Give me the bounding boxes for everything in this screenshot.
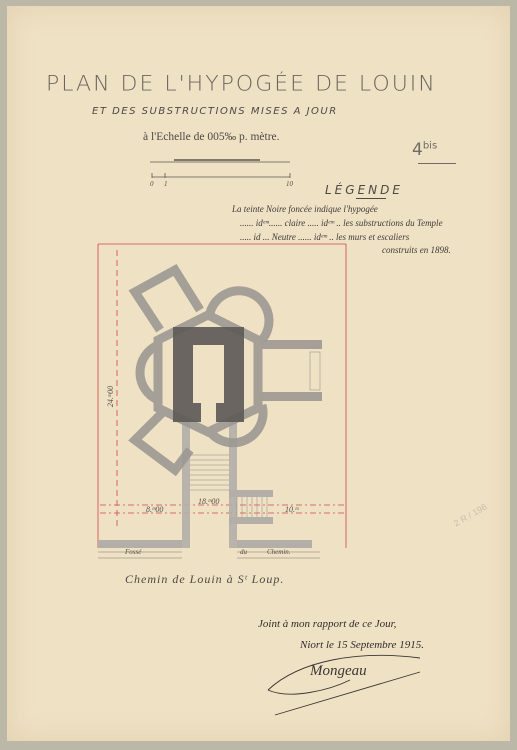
road-caption: Chemin de Louin à Sᵗ Loup. <box>125 572 284 587</box>
temple-substructions <box>135 270 269 470</box>
signature: Mongeau <box>310 663 367 680</box>
road-label-fosse: Fossé <box>125 548 141 556</box>
plan-drawing <box>0 0 517 750</box>
scale-label-0: 0 <box>150 180 154 188</box>
hypogee <box>173 327 244 422</box>
dimension-left: 8.ᵐ00 <box>146 505 163 514</box>
dimension-center: 18.ᵐ00 <box>198 497 219 506</box>
road-label-chemin: Chemin. <box>267 548 291 556</box>
scale-bar <box>152 173 290 178</box>
door-openings <box>310 352 320 390</box>
road-label-du: du <box>240 548 247 556</box>
scale-label-1: 1 <box>164 180 168 188</box>
dimension-right: 10.ᵐ <box>285 505 298 514</box>
stairs <box>190 455 267 517</box>
footer-line-2: Niort le 15 Septembre 1915. <box>300 639 424 651</box>
dimension-vertical: 24.ᵐ00 <box>106 386 115 407</box>
scale-label-10: 10 <box>286 180 293 188</box>
footer-line-1: Joint à mon rapport de ce Jour, <box>258 618 396 630</box>
